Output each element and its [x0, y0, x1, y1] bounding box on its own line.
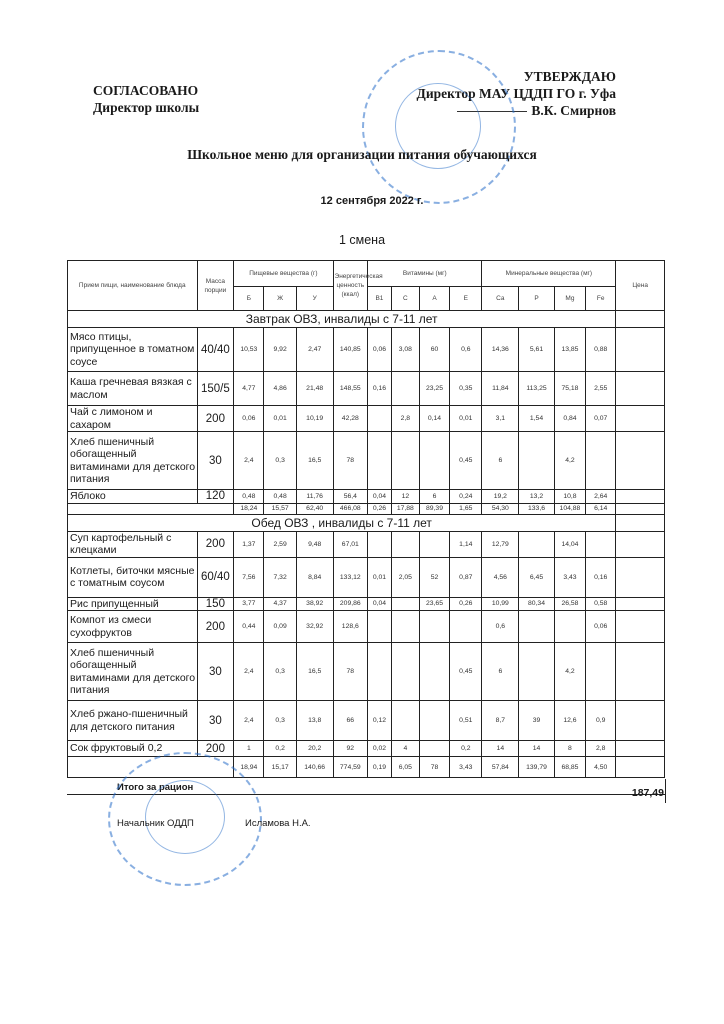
nutrient-value: 0,2 [264, 741, 296, 757]
nutrient-value: 0,16 [368, 372, 392, 406]
nutrient-value [419, 432, 449, 490]
header-c: C [391, 287, 419, 311]
nutrient-value: 0,14 [419, 406, 449, 432]
nutrient-value: 66 [333, 701, 368, 741]
nutrient-value: 0,07 [586, 406, 616, 432]
agreed-label: СОГЛАСОВАНО [93, 82, 199, 99]
nutrient-value: 6 [419, 490, 449, 504]
nutrient-value: 12 [391, 490, 419, 504]
nutrient-value: 0,01 [450, 406, 482, 432]
nutrient-value: 209,86 [333, 597, 368, 611]
nutrient-value: 13,8 [296, 701, 333, 741]
nutrient-value: 0,24 [450, 490, 482, 504]
nutrient-value [519, 611, 555, 643]
nutrient-value: 0,09 [264, 611, 296, 643]
nutrient-value: 14,04 [554, 531, 585, 557]
approved-role: Директор МАУ ЦДДП ГО г. Уфа [417, 85, 616, 102]
nutrient-value: 4,56 [482, 557, 519, 597]
nutrient-value: 5,61 [519, 328, 555, 372]
nutrient-value: 26,58 [554, 597, 585, 611]
total-divider [67, 794, 665, 795]
header-ca: Ca [482, 287, 519, 311]
portion-mass: 200 [197, 611, 234, 643]
portion-mass: 200 [197, 741, 234, 757]
nutrient-value: 80,34 [519, 597, 555, 611]
nutrient-value [391, 432, 419, 490]
total-value: 17,88 [391, 503, 419, 514]
total-value: 139,79 [519, 757, 555, 778]
nutrient-value: 0,06 [234, 406, 264, 432]
nutrient-value: 0,45 [450, 432, 482, 490]
nutrient-value: 13,85 [554, 328, 585, 372]
nutrient-value: 75,18 [554, 372, 585, 406]
nutrient-value [586, 643, 616, 701]
menu-table: Прием пищи, наименование блюда Масса пор… [67, 260, 665, 778]
section-totals-row: 18,9415,17140,66774,590,196,05783,4357,8… [68, 757, 665, 778]
nutrient-value [419, 531, 449, 557]
nutrient-value: 0,12 [368, 701, 392, 741]
approved-label: УТВЕРЖДАЮ [417, 68, 616, 85]
nutrient-value: 2,59 [264, 531, 296, 557]
total-value: 68,85 [554, 757, 585, 778]
nutrient-value: 4,2 [554, 432, 585, 490]
portion-mass: 120 [197, 490, 234, 504]
nutrient-value: 23,25 [419, 372, 449, 406]
dish-name: Сок фруктовый 0,2 [68, 741, 198, 757]
header-mg: Mg [554, 287, 585, 311]
portion-mass: 200 [197, 406, 234, 432]
total-value: 57,84 [482, 757, 519, 778]
nutrient-value: 4 [391, 741, 419, 757]
total-value: 15,57 [264, 503, 296, 514]
nutrient-value: 67,01 [333, 531, 368, 557]
signer-name: Исламова Н.А. [245, 818, 311, 829]
nutrient-value: 2,4 [234, 643, 264, 701]
table-row: Мясо птицы, припущенное в томатном соусе… [68, 328, 665, 372]
nutrient-value: 2,47 [296, 328, 333, 372]
dish-name: Хлеб пшеничный обогащенный витаминами дл… [68, 432, 198, 490]
nutrient-value: 16,5 [296, 643, 333, 701]
nutrient-value: 11,76 [296, 490, 333, 504]
nutrient-value: 6 [482, 643, 519, 701]
menu-body: Завтрак ОВЗ, инвалиды с 7-11 летМясо пти… [68, 311, 665, 778]
header-vitamins: Витамины (мг) [368, 261, 482, 287]
total-value: 6,14 [586, 503, 616, 514]
nutrient-value: 128,6 [333, 611, 368, 643]
agreed-block: СОГЛАСОВАНО Директор школы [93, 82, 199, 116]
nutrient-value: 9,48 [296, 531, 333, 557]
signer-title: Начальник ОДДП [117, 818, 194, 829]
dish-name: Рис припущенный [68, 597, 198, 611]
nutrient-value: 12,79 [482, 531, 519, 557]
total-value: 0,19 [368, 757, 392, 778]
nutrient-value: 3,08 [391, 328, 419, 372]
total-value: 18,94 [234, 757, 264, 778]
nutrient-value: 0,84 [554, 406, 585, 432]
total-value: 62,40 [296, 503, 333, 514]
nutrient-value [519, 432, 555, 490]
total-value: 18,24 [234, 503, 264, 514]
portion-mass: 60/40 [197, 557, 234, 597]
nutrient-value: 1,37 [234, 531, 264, 557]
nutrient-value: 140,85 [333, 328, 368, 372]
table-row: Сок фруктовый 0,220010,220,2920,0240,214… [68, 741, 665, 757]
nutrient-value [519, 531, 555, 557]
price-cell [616, 643, 665, 701]
dish-name: Мясо птицы, припущенное в томатном соусе [68, 328, 198, 372]
nutrient-value: 8,84 [296, 557, 333, 597]
nutrient-value: 0,01 [264, 406, 296, 432]
header-carbs: У [296, 287, 333, 311]
nutrient-value: 0,45 [450, 643, 482, 701]
table-row: Хлеб пшеничный обогащенный витаминами дл… [68, 643, 665, 701]
nutrient-value: 0,02 [368, 741, 392, 757]
nutrient-value [368, 643, 392, 701]
nutrient-value: 38,92 [296, 597, 333, 611]
total-value: 133,6 [519, 503, 555, 514]
header-p: P [519, 287, 555, 311]
nutrient-value [450, 611, 482, 643]
nutrient-value: 52 [419, 557, 449, 597]
table-row: Яблоко1200,480,4811,7656,40,041260,2419,… [68, 490, 665, 504]
shift-label: 1 смена [0, 233, 724, 247]
agreed-role: Директор школы [93, 99, 199, 116]
nutrient-value [391, 643, 419, 701]
nutrient-value: 42,28 [333, 406, 368, 432]
header-fat: Ж [264, 287, 296, 311]
dish-name: Компот из смеси сухофруктов [68, 611, 198, 643]
total-value: 3,43 [450, 757, 482, 778]
portion-mass: 30 [197, 432, 234, 490]
nutrient-value: 0,01 [368, 557, 392, 597]
nutrient-value: 0,06 [586, 611, 616, 643]
nutrient-value: 78 [333, 643, 368, 701]
nutrient-value: 1 [234, 741, 264, 757]
nutrient-value: 6 [482, 432, 519, 490]
nutrient-value: 7,56 [234, 557, 264, 597]
nutrient-value: 0,6 [482, 611, 519, 643]
total-price: 187,49 [632, 787, 664, 799]
price-cell [616, 597, 665, 611]
dish-name: Котлеты, биточки мясные с томатным соусо… [68, 557, 198, 597]
nutrient-value: 13,2 [519, 490, 555, 504]
price-cell [616, 328, 665, 372]
header-a: A [419, 287, 449, 311]
price-cell [616, 611, 665, 643]
nutrient-value: 78 [333, 432, 368, 490]
header-minerals: Минеральные вещества (мг) [482, 261, 616, 287]
price-cell [616, 490, 665, 504]
totals-label-cell [68, 757, 234, 778]
nutrient-value: 23,65 [419, 597, 449, 611]
price-cell [616, 531, 665, 557]
nutrient-value: 20,2 [296, 741, 333, 757]
table-row: Чай с лимоном и сахаром2000,060,0110,194… [68, 406, 665, 432]
nutrient-value: 56,4 [333, 490, 368, 504]
nutrient-value: 14,36 [482, 328, 519, 372]
dish-name: Чай с лимоном и сахаром [68, 406, 198, 432]
dish-name: Суп картофельный с клецками [68, 531, 198, 557]
nutrient-value: 8 [554, 741, 585, 757]
nutrient-value: 4,86 [264, 372, 296, 406]
nutrient-value: 32,92 [296, 611, 333, 643]
price-cell [616, 757, 665, 778]
nutrient-value: 6,45 [519, 557, 555, 597]
nutrient-value: 0,58 [586, 597, 616, 611]
nutrient-value [419, 701, 449, 741]
nutrient-value: 2,8 [391, 406, 419, 432]
nutrient-value: 14 [519, 741, 555, 757]
total-value: 0,26 [368, 503, 392, 514]
price-cell [616, 557, 665, 597]
header-protein: Б [234, 287, 264, 311]
nutrient-value: 14 [482, 741, 519, 757]
portion-mass: 40/40 [197, 328, 234, 372]
price-cell [616, 514, 665, 531]
nutrient-value: 0,6 [450, 328, 482, 372]
nutrient-value [368, 531, 392, 557]
section-title: Обед ОВЗ , инвалиды с 7-11 лет [68, 514, 616, 531]
nutrient-value: 10,19 [296, 406, 333, 432]
nutrient-value: 0,48 [234, 490, 264, 504]
table-row: Рис припущенный1503,774,3738,92209,860,0… [68, 597, 665, 611]
nutrient-value: 0,16 [586, 557, 616, 597]
nutrient-value: 0,3 [264, 701, 296, 741]
nutrient-value: 2,55 [586, 372, 616, 406]
nutrient-value: 9,92 [264, 328, 296, 372]
nutrient-value: 0,51 [450, 701, 482, 741]
dish-name: Хлеб ржано-пшеничный для детского питани… [68, 701, 198, 741]
nutrient-value [368, 406, 392, 432]
total-value: 1,65 [450, 503, 482, 514]
nutrient-value: 1,54 [519, 406, 555, 432]
nutrient-value: 0,26 [450, 597, 482, 611]
nutrient-value [519, 643, 555, 701]
nutrient-value: 0,87 [450, 557, 482, 597]
header-b1: B1 [368, 287, 392, 311]
nutrient-value: 113,25 [519, 372, 555, 406]
nutrient-value: 0,9 [586, 701, 616, 741]
nutrient-value: 0,04 [368, 597, 392, 611]
section-totals-row: 18,2415,5762,40466,080,2617,8889,391,655… [68, 503, 665, 514]
nutrient-value: 2,4 [234, 701, 264, 741]
nutrient-value: 4,2 [554, 643, 585, 701]
nutrient-value [391, 611, 419, 643]
nutrient-value [419, 611, 449, 643]
nutrient-value [419, 741, 449, 757]
nutrient-value [368, 432, 392, 490]
table-row: Каша гречневая вязкая с маслом150/54,774… [68, 372, 665, 406]
header-e: E [450, 287, 482, 311]
portion-mass: 150 [197, 597, 234, 611]
document-date: 12 сентября 2022 г. [0, 195, 724, 207]
dish-name: Яблоко [68, 490, 198, 504]
nutrient-value [554, 611, 585, 643]
table-row: Компот из смеси сухофруктов2000,440,0932… [68, 611, 665, 643]
price-cell [616, 406, 665, 432]
total-value: 466,08 [333, 503, 368, 514]
portion-mass: 30 [197, 643, 234, 701]
nutrient-value [391, 372, 419, 406]
nutrient-value: 4,37 [264, 597, 296, 611]
header-energy: Энергетическая ценность (ккал) [333, 261, 368, 311]
nutrient-value: 10,99 [482, 597, 519, 611]
approved-block: УТВЕРЖДАЮ Директор МАУ ЦДДП ГО г. Уфа В.… [417, 68, 616, 119]
header-portion: Масса порции [197, 261, 234, 311]
dish-name: Каша гречневая вязкая с маслом [68, 372, 198, 406]
approved-name: В.К. Смирнов [531, 103, 616, 118]
price-cell [616, 701, 665, 741]
nutrient-value: 92 [333, 741, 368, 757]
nutrient-value: 3,43 [554, 557, 585, 597]
table-row: Суп картофельный с клецками2001,372,599,… [68, 531, 665, 557]
total-value: 104,88 [554, 503, 585, 514]
nutrient-value: 0,44 [234, 611, 264, 643]
nutrient-value: 2,8 [586, 741, 616, 757]
nutrient-value: 10,53 [234, 328, 264, 372]
portion-mass: 200 [197, 531, 234, 557]
nutrient-value [391, 701, 419, 741]
nutrient-value: 3,1 [482, 406, 519, 432]
nutrient-value: 0,2 [450, 741, 482, 757]
total-value: 140,66 [296, 757, 333, 778]
nutrient-value: 0,3 [264, 643, 296, 701]
nutrient-value: 2,4 [234, 432, 264, 490]
nutrient-value: 60 [419, 328, 449, 372]
nutrient-value: 0,35 [450, 372, 482, 406]
total-value: 78 [419, 757, 449, 778]
section-title: Завтрак ОВЗ, инвалиды с 7-11 лет [68, 311, 616, 328]
nutrient-value: 39 [519, 701, 555, 741]
total-value: 774,59 [333, 757, 368, 778]
nutrient-value: 10,8 [554, 490, 585, 504]
portion-mass: 30 [197, 701, 234, 741]
nutrient-value: 16,5 [296, 432, 333, 490]
total-value: 15,17 [264, 757, 296, 778]
nutrient-value: 0,04 [368, 490, 392, 504]
header-fe: Fe [586, 287, 616, 311]
nutrient-value: 7,32 [264, 557, 296, 597]
price-cell [616, 372, 665, 406]
dish-name: Хлеб пшеничный обогащенный витаминами дл… [68, 643, 198, 701]
nutrient-value [586, 432, 616, 490]
nutrient-value: 8,7 [482, 701, 519, 741]
nutrient-value: 12,6 [554, 701, 585, 741]
nutrient-value: 2,05 [391, 557, 419, 597]
nutrient-value: 21,48 [296, 372, 333, 406]
nutrient-value [391, 597, 419, 611]
total-value: 54,30 [482, 503, 519, 514]
price-cell [616, 741, 665, 757]
header-nutrients: Пищевые вещества (г) [234, 261, 333, 287]
nutrient-value [586, 531, 616, 557]
table-row: Хлеб ржано-пшеничный для детского питани… [68, 701, 665, 741]
nutrient-value: 19,2 [482, 490, 519, 504]
nutrient-value: 0,88 [586, 328, 616, 372]
nutrient-value: 3,77 [234, 597, 264, 611]
portion-mass: 150/5 [197, 372, 234, 406]
total-value: 6,05 [391, 757, 419, 778]
nutrient-value: 2,64 [586, 490, 616, 504]
signature-line [457, 111, 527, 112]
nutrient-value: 0,06 [368, 328, 392, 372]
price-cell [616, 311, 665, 328]
total-label: Итого за рацион [117, 782, 193, 793]
price-cell [616, 432, 665, 490]
nutrient-value [368, 611, 392, 643]
nutrient-value [419, 643, 449, 701]
nutrient-value: 1,14 [450, 531, 482, 557]
price-cell [616, 503, 665, 514]
nutrient-value: 133,12 [333, 557, 368, 597]
totals-label-cell [68, 503, 234, 514]
document-title: Школьное меню для организации питания об… [0, 147, 724, 163]
nutrient-value: 4,77 [234, 372, 264, 406]
nutrient-value: 0,3 [264, 432, 296, 490]
nutrient-value: 11,84 [482, 372, 519, 406]
nutrient-value: 148,55 [333, 372, 368, 406]
total-value: 4,50 [586, 757, 616, 778]
nutrient-value [391, 531, 419, 557]
table-row: Хлеб пшеничный обогащенный витаминами дл… [68, 432, 665, 490]
header-meal-name: Прием пищи, наименование блюда [68, 261, 198, 311]
nutrient-value: 0,48 [264, 490, 296, 504]
header-price: Цена [616, 261, 665, 311]
total-value: 89,39 [419, 503, 449, 514]
table-row: Котлеты, биточки мясные с томатным соусо… [68, 557, 665, 597]
